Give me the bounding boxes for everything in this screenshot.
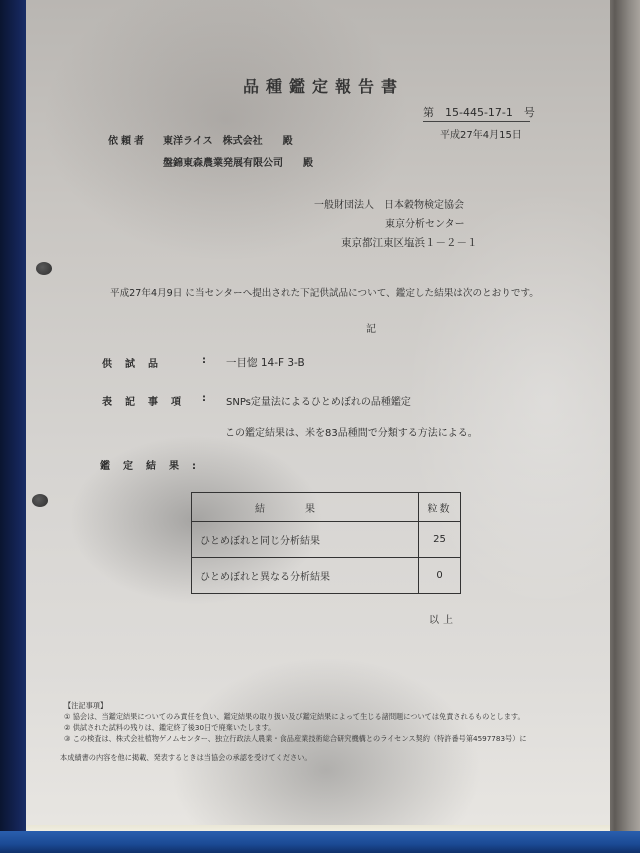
sample-colon: : xyxy=(202,355,206,366)
ki-heading: 記 xyxy=(366,320,376,335)
requester-label: 依頼者 xyxy=(108,132,147,147)
intro-sentence: 平成27年4月9日 に当センターへ提出された下記供試品について、鑑定した結果は次… xyxy=(110,285,539,299)
document-number-underline xyxy=(423,121,530,122)
note-item: ③ この検査は、株式会社植物ゲノムセンター、独立行政法人農業・食品産業技術総合研… xyxy=(64,734,527,744)
method-note: この鑑定結果は、米を83品種間で分類する方法による。 xyxy=(225,424,478,439)
document-number: 第 15-445-17-1 号 xyxy=(423,104,535,120)
note-item: ① 協会は、当鑑定結果についてのみ責任を負い、鑑定結果の取り扱い及び鑑定結果によ… xyxy=(64,712,525,722)
count-cell: 0 xyxy=(419,558,461,594)
document-date: 平成27年4月15日 xyxy=(440,126,522,141)
count-cell: 25 xyxy=(419,522,461,558)
issuer-center: 東京分析センター xyxy=(385,215,465,230)
header-result: 結果 xyxy=(192,493,419,522)
punch-hole-icon xyxy=(36,262,52,275)
document-title: 品種鑑定報告書 xyxy=(243,74,404,97)
results-table: 結果 粒数 ひとめぼれと同じ分析結果 25 ひとめぼれと異なる分析結果 0 xyxy=(191,492,461,594)
note-item: ② 供試された試料の残りは、鑑定終了後30日で廃棄いたします。 xyxy=(64,723,275,733)
result-cell: ひとめぼれと異なる分析結果 xyxy=(192,558,419,594)
results-colon: : xyxy=(192,461,209,472)
notation-value: SNPs定量法によるひとめぼれの品種鑑定 xyxy=(226,393,411,408)
result-cell: ひとめぼれと同じ分析結果 xyxy=(192,522,419,558)
requester-line-1: 東洋ライス 株式会社 殿 xyxy=(163,132,293,147)
results-label-text: 鑑定結果 xyxy=(100,461,192,472)
table-row: ひとめぼれと同じ分析結果 25 xyxy=(192,522,461,558)
sample-value: 一目惚 14-F 3-B xyxy=(226,355,305,370)
end-mark: 以上 xyxy=(429,611,457,626)
notation-colon: : xyxy=(202,393,206,404)
footer-note: 本成績書の内容を他に掲載、発表するときは当協会の承認を受けてください。 xyxy=(60,753,312,763)
sample-label: 供試品 xyxy=(102,355,171,370)
results-label: 鑑定結果: xyxy=(100,457,209,472)
binder-cover-bottom xyxy=(0,831,640,853)
issuer-organization: 一般財団法人 日本穀物検定協会 xyxy=(314,196,464,211)
issuer-address: 東京都江東区塩浜１－２－１ xyxy=(341,235,478,250)
table-row: ひとめぼれと異なる分析結果 0 xyxy=(192,558,461,594)
punch-hole-icon xyxy=(32,494,48,507)
header-count: 粒数 xyxy=(419,493,461,522)
requester-line-2: 盤錦東森農業発展有限公司 殿 xyxy=(163,154,313,169)
results-table-header: 結果 粒数 xyxy=(192,493,461,522)
notes-heading: 【注記事項】 xyxy=(64,701,107,711)
notation-label: 表記事項 xyxy=(102,393,194,408)
